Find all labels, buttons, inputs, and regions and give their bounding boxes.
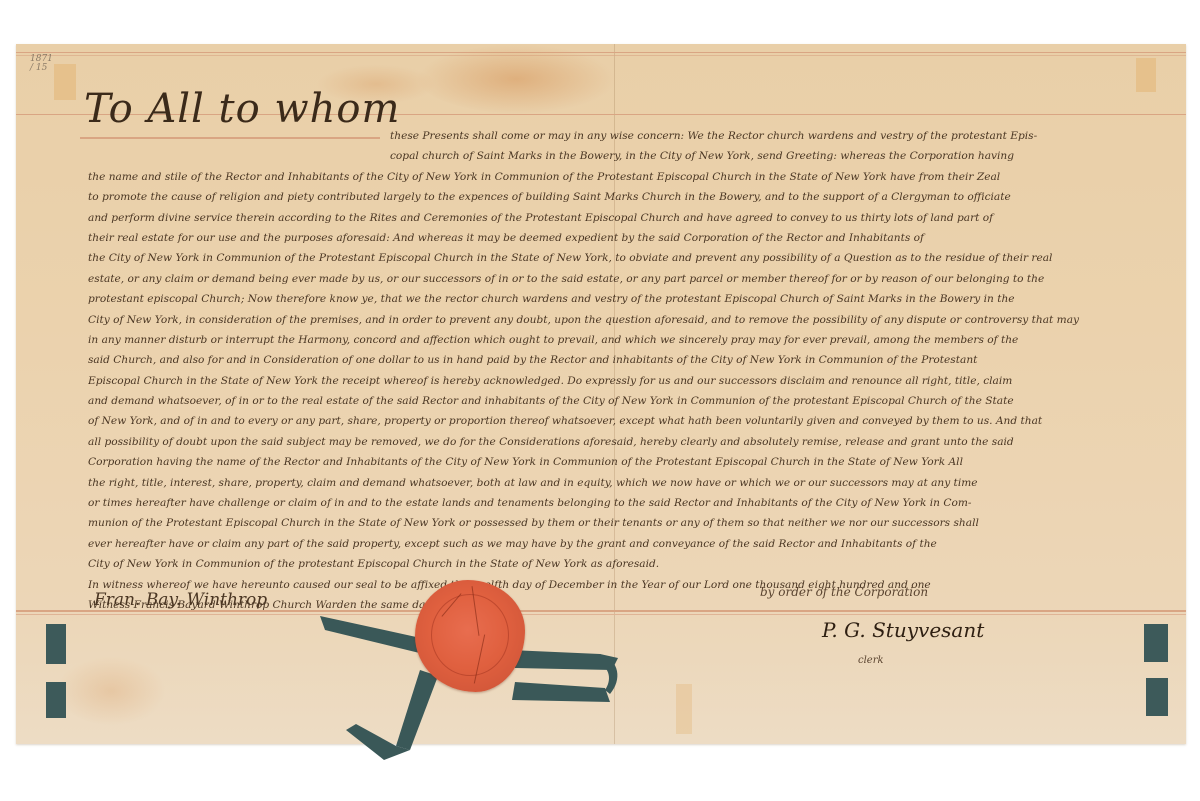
- text-line: protestant episcopal Church; Now therefo…: [88, 289, 1168, 309]
- text-line: City of New York, in consideration of th…: [88, 310, 1168, 330]
- text-line: and demand whatsoever, of in or to the r…: [88, 391, 1168, 411]
- text-line: munion of the Protestant Episcopal Churc…: [88, 513, 1168, 533]
- text-line: City of New York in Communion of the pro…: [88, 554, 1168, 574]
- text-line: the name and stile of the Rector and Inh…: [88, 167, 1168, 187]
- clerk-title: clerk: [858, 655, 884, 666]
- order-line: by order of the Corporation: [760, 585, 928, 599]
- paper-patch-right: [1136, 58, 1156, 92]
- text-line: of New York, and of in and to every or a…: [88, 411, 1168, 431]
- clerk-signature: P. G. Stuyvesant: [822, 618, 984, 642]
- ribbon-tab-right-bottom: [1146, 678, 1168, 716]
- document-body: these Presents shall come or may in any …: [88, 146, 1168, 615]
- text-line: or times hereafter have challenge or cla…: [88, 493, 1168, 513]
- paper-patch-bottom: [676, 684, 692, 734]
- water-stain-3: [56, 656, 166, 726]
- top-rule-2: [16, 55, 1186, 56]
- text-line: their real estate for our use and the pu…: [88, 228, 1168, 248]
- text-line: these Presents shall come or may in any …: [88, 126, 1168, 146]
- text-line: the City of New York in Communion of the…: [88, 248, 1168, 268]
- text-line: and perform divine service therein accor…: [88, 208, 1168, 228]
- ribbon-tab-left-bottom: [46, 682, 66, 718]
- archive-note: 1871 / 15: [30, 55, 50, 73]
- water-stain: [416, 44, 616, 114]
- text-line: to promote the cause of religion and pie…: [88, 187, 1168, 207]
- text-line: in any manner disturb or interrupt the H…: [88, 330, 1168, 350]
- wax-seal: [415, 580, 525, 692]
- ribbon-tab-left-top: [46, 624, 66, 664]
- text-line: said Church, and also for and in Conside…: [88, 350, 1168, 370]
- witness-signature: Fran. Bay. Winthrop: [94, 590, 267, 610]
- text-line: ever hereafter have or claim any part of…: [88, 534, 1168, 554]
- text-line: the right, title, interest, share, prope…: [88, 473, 1168, 493]
- text-line: copal church of Saint Marks in the Bower…: [88, 146, 1168, 166]
- text-line: Episcopal Church in the State of New Yor…: [88, 371, 1168, 391]
- paper-patch-left: [54, 64, 76, 100]
- top-rule: [16, 52, 1186, 53]
- text-line: Corporation having the name of the Recto…: [88, 452, 1168, 472]
- ribbon-tab-right-top: [1144, 624, 1168, 662]
- seal-impression: [431, 594, 509, 676]
- text-line: estate, or any claim or demand being eve…: [88, 269, 1168, 289]
- text-line: all possibility of doubt upon the said s…: [88, 432, 1168, 452]
